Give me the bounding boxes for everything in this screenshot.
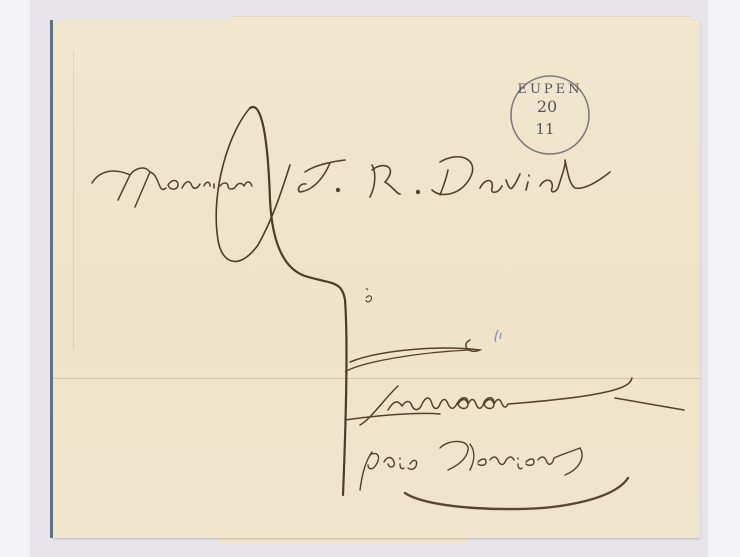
postmark-month: 11	[535, 120, 554, 138]
salutation-handwriting	[92, 168, 252, 207]
locality-handwriting	[360, 441, 582, 490]
preposition-a	[366, 288, 372, 302]
postmark-stamp: EUPEN 20 11	[511, 76, 589, 154]
underline-flourish	[405, 478, 628, 509]
rate-mark-4	[216, 107, 346, 495]
postmark-day: 20	[537, 97, 557, 116]
postmark-town: EUPEN	[517, 82, 582, 97]
recipient-handwriting	[298, 157, 610, 197]
handwriting-layer: EUPEN 20 11	[0, 0, 740, 557]
blue-pencil-mark	[495, 330, 501, 342]
connector-stroke	[345, 350, 470, 372]
town-handwriting	[345, 340, 684, 425]
